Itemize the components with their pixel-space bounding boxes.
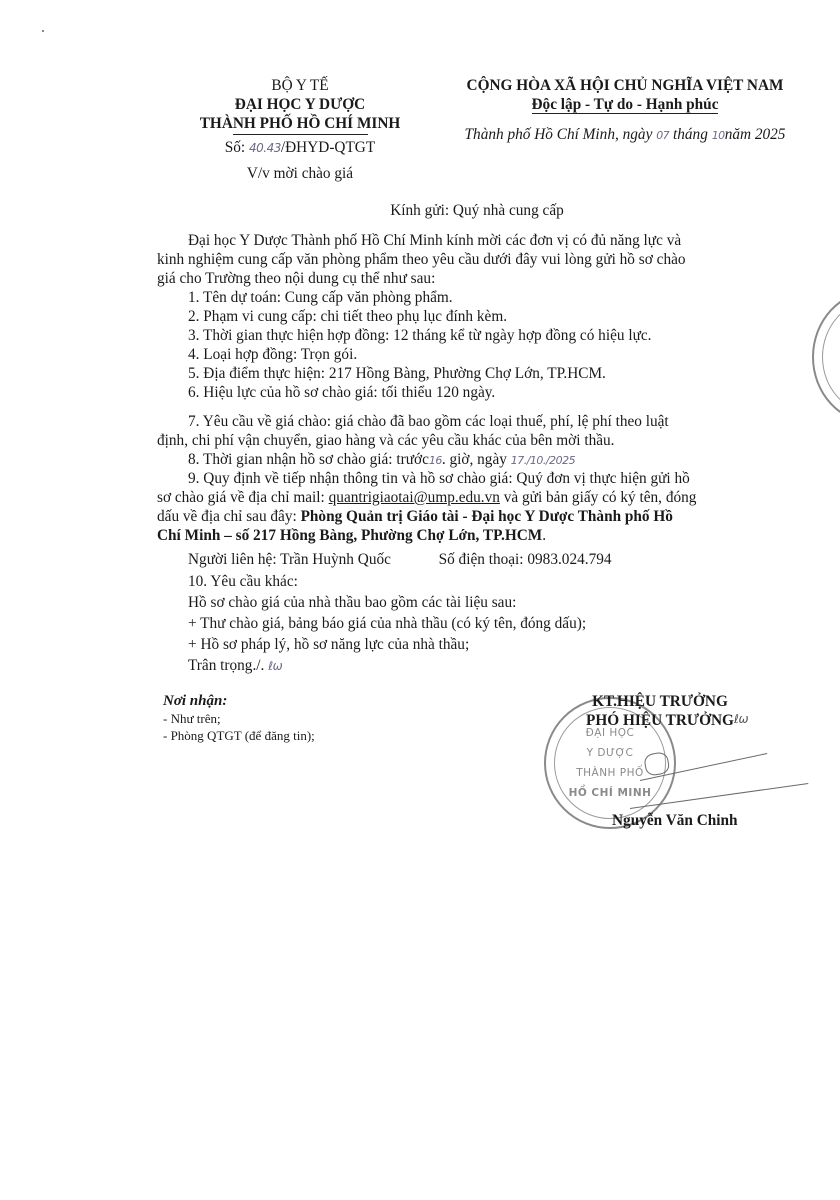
document-number: Số: 40.43/ĐHYD-QTGT [175,138,425,158]
item-8: 8. Thời gian nhận hồ sơ chào giá: trước1… [157,450,828,470]
salutation: Kính gửi: Quý nhà cung cấp [157,201,797,220]
deadline-hour: 16 [429,454,442,467]
recipients-title: Nơi nhận: [163,693,315,710]
signer-name: Nguyễn Văn Chinh [612,812,738,830]
item-1: 1. Tên dự toán: Cung cấp văn phòng phẩm. [157,288,828,307]
recipients-block: Nơi nhận: - Như trên; - Phòng QTGT (để đ… [163,693,315,744]
contact-person: Người liên hệ: Trần Huỳnh Quốc [188,551,391,568]
delivery-address: Phòng Quản trị Giáo tài - Đại học Y Dược… [301,508,673,525]
docs-intro: Hồ sơ chào giá của nhà thầu bao gồm các … [157,593,828,612]
ministry-name: BỘ Y TẾ [175,76,425,95]
item-10: 10. Yêu cầu khác: [157,572,828,591]
university-name-line1: ĐẠI HỌC Y DƯỢC [175,95,425,114]
item-9-line-3: dấu về địa chỉ sau đây: Phòng Quản trị G… [157,507,797,526]
document-subject: V/v mời chào giá [175,164,425,183]
doc-item-2: + Hồ sơ pháp lý, hồ sơ năng lực của nhà … [157,635,828,654]
contact-line: Người liên hệ: Trần Huỳnh Quốc Số điện t… [157,550,828,569]
national-header: CỘNG HÒA XÃ HỘI CHỦ NGHĨA VIỆT NAM Độc l… [430,76,820,145]
date-day: 07 [656,129,669,142]
on-behalf-title: KT.HIỆU TRƯỞNG [555,692,765,711]
item-7-line-2: định, chi phí vận chuyển, giao hàng và c… [157,431,797,450]
item-9-line-1: 9. Quy định về tiếp nhận thông tin và hồ… [157,469,828,488]
deadline-date: 17./10./2025 [511,454,575,467]
place-and-date: Thành phố Hồ Chí Minh, ngày 07 tháng 10n… [430,125,820,145]
item-4: 4. Loại hợp đồng: Trọn gói. [157,345,828,364]
item-9-line-4: Chí Minh – số 217 Hồng Bàng, Phường Chợ … [157,526,797,545]
item-3: 3. Thời gian thực hiện hợp đồng: 12 thán… [157,326,828,345]
item-7-line-1: 7. Yêu cầu về giá chào: giá chào đã bao … [157,412,828,431]
intro-line-1: Đại học Y Dược Thành phố Hồ Chí Minh kín… [157,231,828,250]
initials-icon: ℓω [268,659,282,673]
intro-line-3: giá cho Trường theo nội dung cụ thể như … [157,269,797,288]
national-motto: Độc lập - Tự do - Hạnh phúc [430,95,820,114]
signature-scribble-icon: ℓω [734,712,748,726]
scan-speck [42,30,44,32]
item-2: 2. Phạm vi cung cấp: chi tiết theo phụ l… [157,307,828,326]
item-6: 6. Hiệu lực của hồ sơ chào giá: tối thiể… [157,383,828,402]
date-month: 10 [712,129,725,142]
recipient-1: - Như trên; [163,710,315,727]
document-number-handwritten: 40.43 [249,141,281,155]
country-name: CỘNG HÒA XÃ HỘI CHỦ NGHĨA VIỆT NAM [430,76,820,95]
contact-phone: Số điện thoại: 0983.024.794 [439,551,612,568]
doc-item-1: + Thư chào giá, bảng báo giá của nhà thầ… [157,614,828,633]
header-divider [233,134,368,135]
closing: Trân trọng./. ℓω [157,656,828,676]
intro-line-2: kinh nghiệm cung cấp văn phòng phẩm theo… [157,250,797,269]
email-link[interactable]: quantrigiaotai@ump.edu.vn [329,489,500,506]
issuer-block: BỘ Y TẾ ĐẠI HỌC Y DƯỢC THÀNH PHỐ HỒ CHÍ … [175,76,425,183]
university-name-line2: THÀNH PHỐ HỒ CHÍ MINH [175,114,425,133]
item-5: 5. Địa điểm thực hiện: 217 Hồng Bàng, Ph… [157,364,828,383]
recipient-2: - Phòng QTGT (để đăng tin); [163,727,315,744]
item-9-line-2: sơ chào giá về địa chỉ mail: quantrigiao… [157,488,797,507]
